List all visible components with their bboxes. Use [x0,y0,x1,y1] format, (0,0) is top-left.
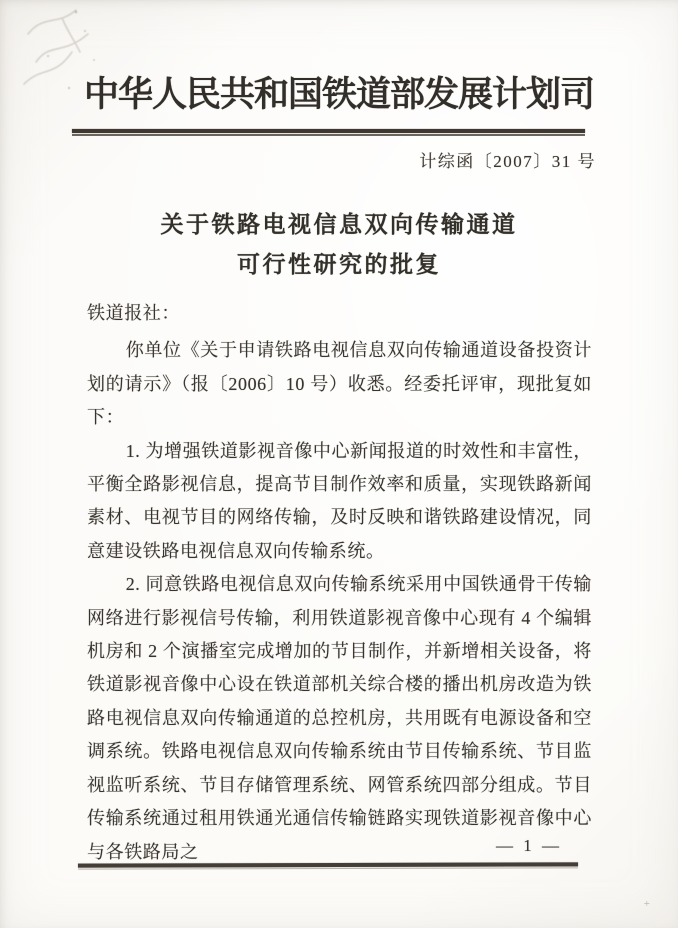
document-title: 关于铁路电视信息双向传输通道 可行性研究的批复 [0,205,678,285]
divider-thick-line [72,129,585,133]
paragraph-item-2: 2. 同意铁路电视信息双向传输系统采用中国铁通骨干传输网络进行影视信号传输，利用… [87,568,592,869]
scanned-document-page: 中华人民共和国铁道部发展计划司 计综函〔2007〕31 号 关于铁路电视信息双向… [0,0,678,928]
document-reference-number: 计综函〔2007〕31 号 [419,147,596,172]
page-edge-light-line [78,867,578,870]
paragraph-intro: 你单位《关于申请铁路电视信息双向传输通道设备投资计划的请示》（报〔2006〕10… [87,334,592,434]
document-title-line-1: 关于铁路电视信息双向传输通道 [0,205,678,245]
document-body: 铁道报社： 你单位《关于申请铁路电视信息双向传输通道设备投资计划的请示》（报〔2… [87,297,592,869]
divider-thin-line [72,134,585,136]
issuing-organization-title: 中华人民共和国铁道部发展计划司 [0,72,678,118]
page-number: — 1 — [496,836,562,856]
salutation: 铁道报社： [87,297,592,330]
letterhead-divider-rule [72,129,585,137]
document-title-line-2: 可行性研究的批复 [0,245,678,285]
scan-speck: + [644,898,650,910]
paragraph-item-1: 1. 为增强铁道影视音像中心新闻报道的时效性和丰富性，平衡全路影视信息，提高节目… [87,435,592,569]
